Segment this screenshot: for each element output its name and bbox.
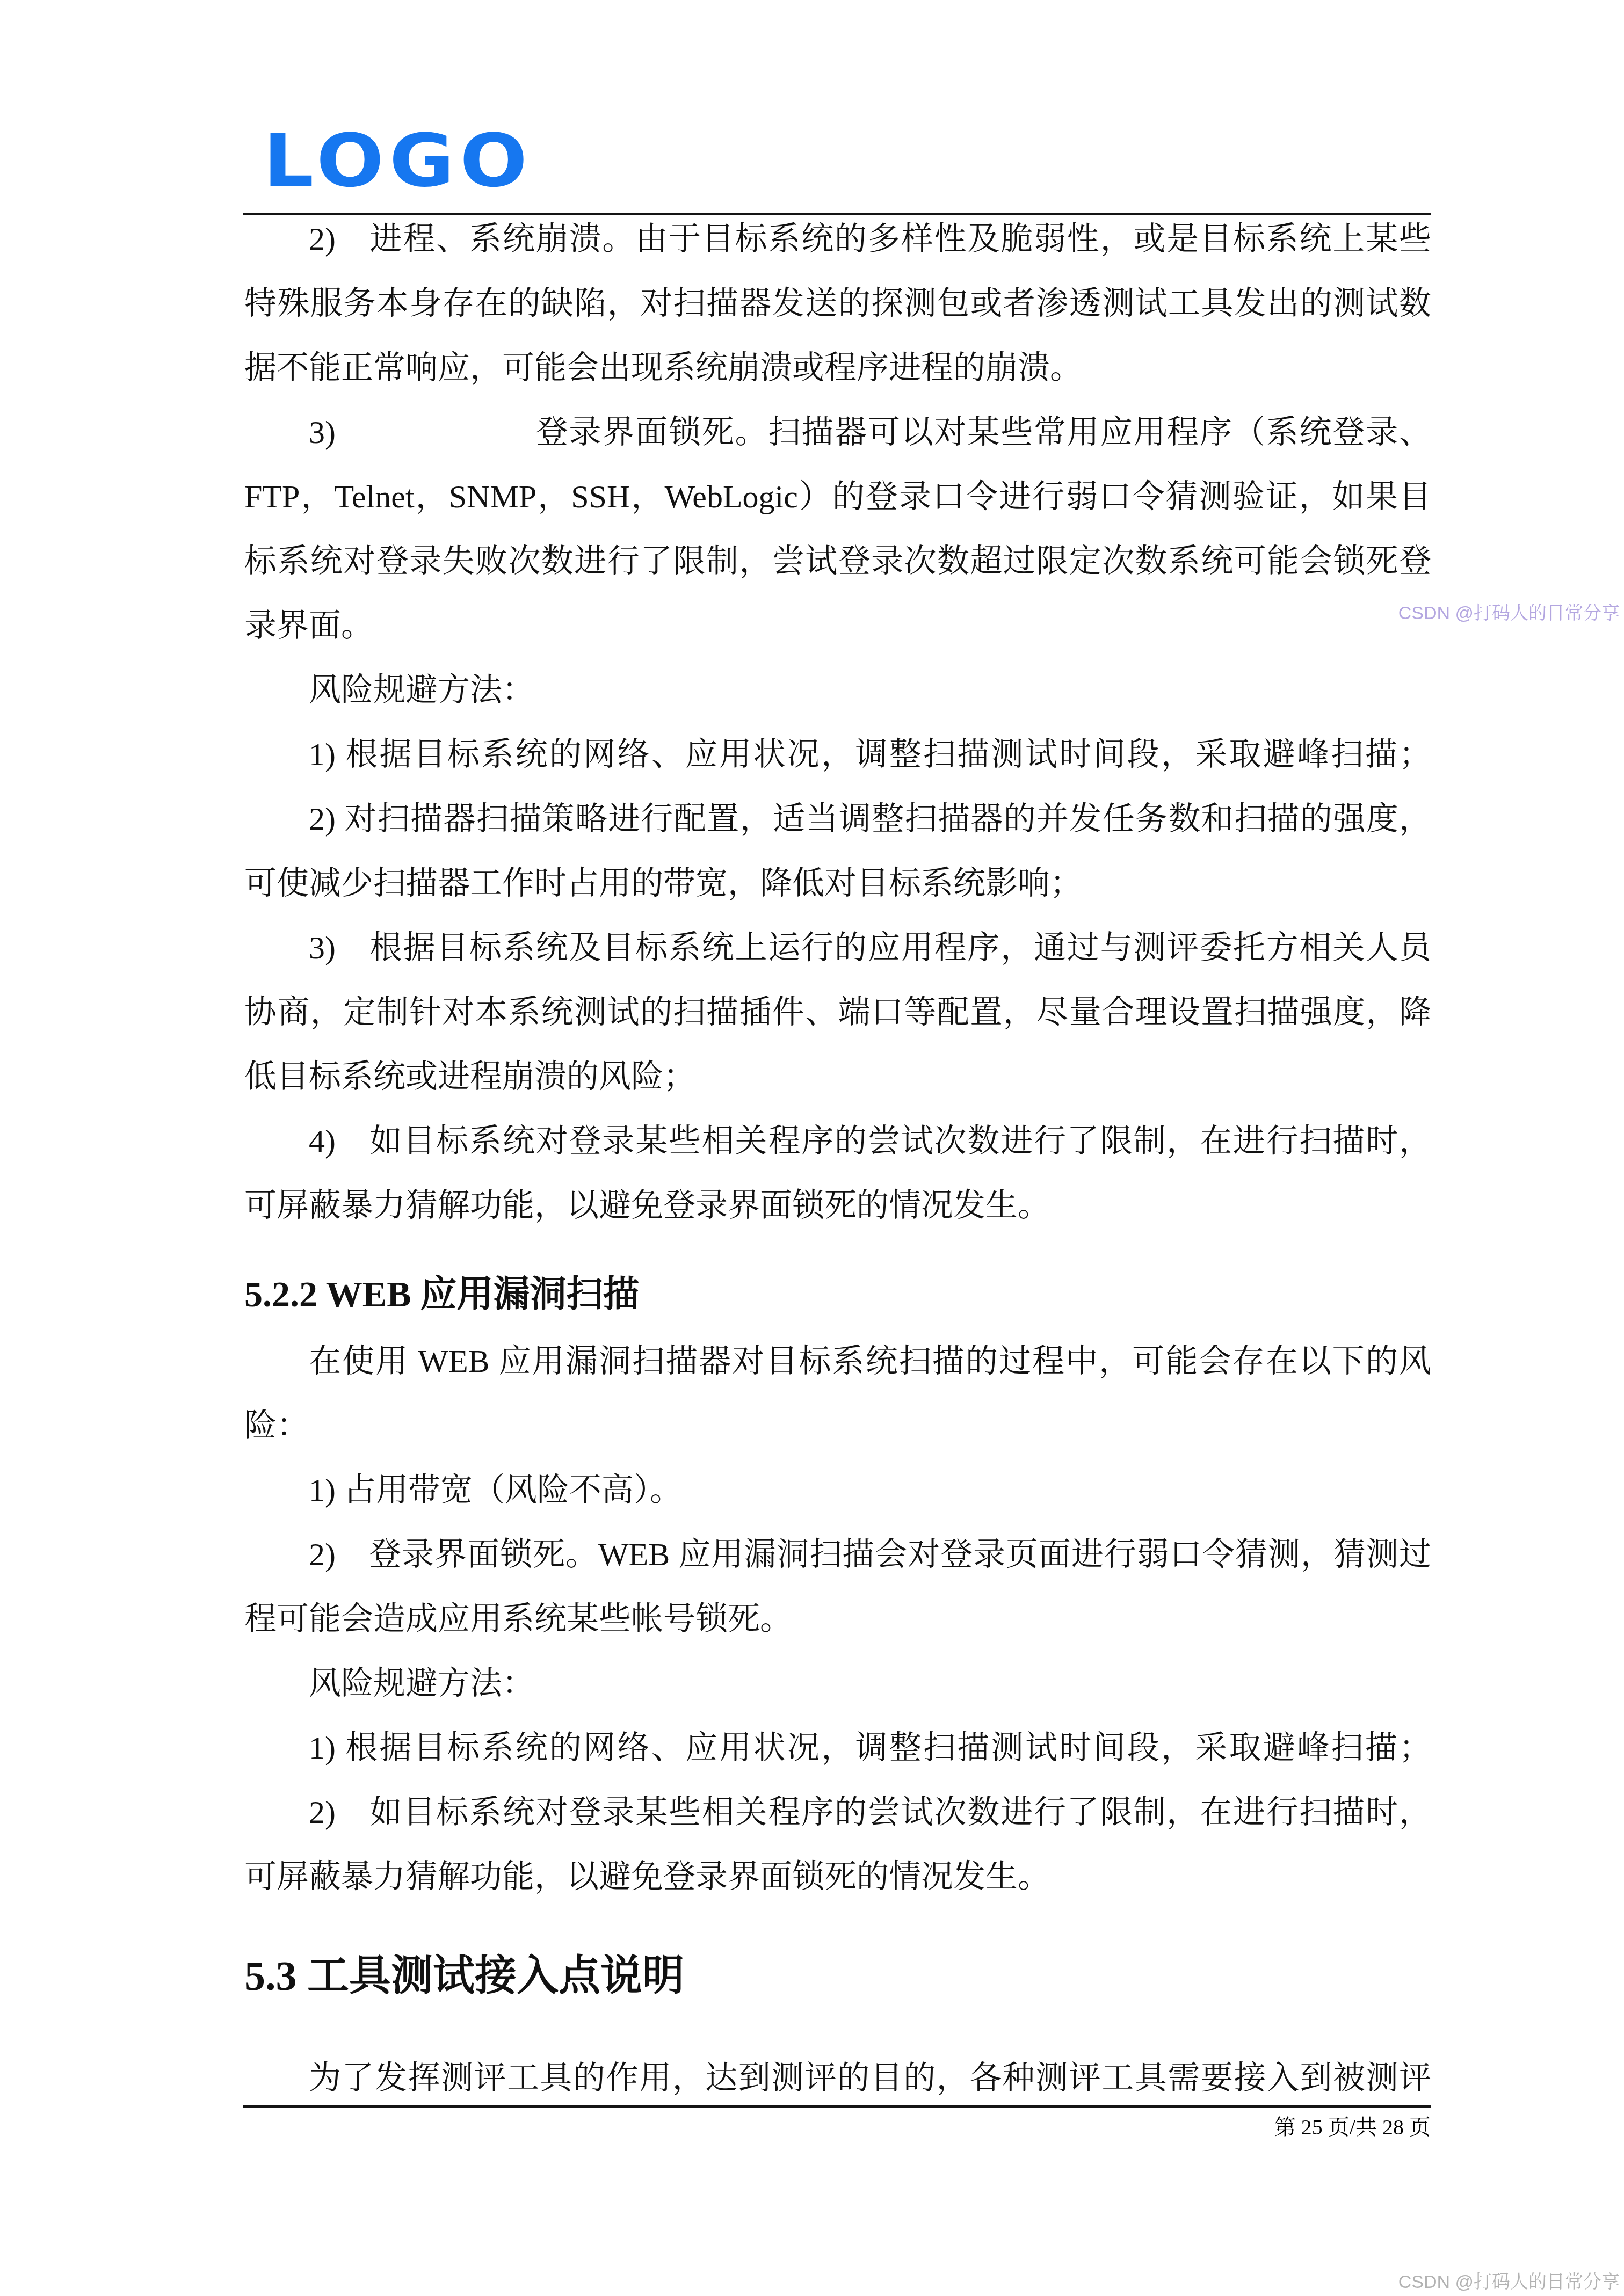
document-body: 2) 进程、系统崩溃。由于目标系统的多样性及脆弱性，或是目标系统上某些特殊服务本… (244, 207, 1431, 2110)
section-heading-5-3: 5.3 工具测试接入点说明 (244, 1936, 1431, 2016)
body-line: 录界面。 (244, 593, 1431, 658)
body-line: FTP，Telnet，SNMP，SSH，WebLogic）的登录口令进行弱口令猜… (244, 464, 1431, 529)
body-line: 2) 进程、系统崩溃。由于目标系统的多样性及脆弱性，或是目标系统上某些 (244, 207, 1431, 271)
body-line: 3) 根据目标系统及目标系统上运行的应用程序，通过与测评委托方相关人员 (244, 916, 1431, 980)
body-line: 可屏蔽暴力猜解功能，以避免登录界面锁死的情况发生。 (244, 1173, 1431, 1238)
body-line: 低目标系统或进程崩溃的风险； (244, 1044, 1431, 1109)
body-line: 程可能会造成应用系统某些帐号锁死。 (244, 1587, 1431, 1651)
page-number-label: 第 25 页/共 28 页 (243, 2115, 1431, 2140)
footer-divider (243, 2105, 1431, 2108)
body-line: 2) 如目标系统对登录某些相关程序的尝试次数进行了限制，在进行扫描时， (244, 1780, 1431, 1844)
body-line: 在使用 WEB 应用漏洞扫描器对目标系统扫描的过程中，可能会存在以下的风 (244, 1329, 1431, 1393)
section-heading-5-2-2: 5.2.2 WEB 应用漏洞扫描 (244, 1259, 1431, 1329)
body-line: 可使减少扫描器工作时占用的带宽，降低对目标系统影响； (244, 851, 1431, 916)
document-page: LOGO CSDN @打码人的日常分享 2) 进程、系统崩溃。由于目标系统的多样… (0, 0, 1624, 2296)
body-line: 2) 对扫描器扫描策略进行配置，适当调整扫描器的并发任务数和扫描的强度， (244, 787, 1431, 851)
body-line: 据不能正常响应，可能会出现系统崩溃或程序进程的崩溃。 (244, 336, 1431, 400)
watermark-bottom-right: CSDN @打码人的日常分享 (1398, 2271, 1620, 2293)
body-line: 风险规避方法： (244, 658, 1431, 722)
body-line: 1) 占用带宽（风险不高）。 (244, 1458, 1431, 1522)
body-line: 标系统对登录失败次数进行了限制，尝试登录次数超过限定次数系统可能会锁死登 (244, 529, 1431, 593)
body-line: 4) 如目标系统对登录某些相关程序的尝试次数进行了限制，在进行扫描时， (244, 1109, 1431, 1173)
body-line: 协商，定制针对本系统测试的扫描插件、端口等配置，尽量合理设置扫描强度，降 (244, 980, 1431, 1044)
body-line: 1) 根据目标系统的网络、应用状况，调整扫描测试时间段，采取避峰扫描； (244, 1716, 1431, 1780)
body-line: 可屏蔽暴力猜解功能，以避免登录界面锁死的情况发生。 (244, 1844, 1431, 1909)
watermark-top-right: CSDN @打码人的日常分享 (1398, 602, 1620, 624)
body-line: 1) 根据目标系统的网络、应用状况，调整扫描测试时间段，采取避峰扫描； (244, 722, 1431, 787)
body-line: 3) 登录界面锁死。扫描器可以对某些常用应用程序（系统登录、 (244, 400, 1431, 464)
body-line: 险： (244, 1393, 1431, 1458)
body-line: 风险规避方法： (244, 1651, 1431, 1716)
body-line: 为了发挥测评工具的作用，达到测评的目的，各种测评工具需要接入到被测评 (244, 2046, 1431, 2110)
company-logo: LOGO (263, 131, 533, 190)
body-line: 2) 登录界面锁死。WEB 应用漏洞扫描会对登录页面进行弱口令猜测，猜测过 (244, 1522, 1431, 1587)
body-line: 特殊服务本身存在的缺陷，对扫描器发送的探测包或者渗透测试工具发出的测试数 (244, 271, 1431, 336)
